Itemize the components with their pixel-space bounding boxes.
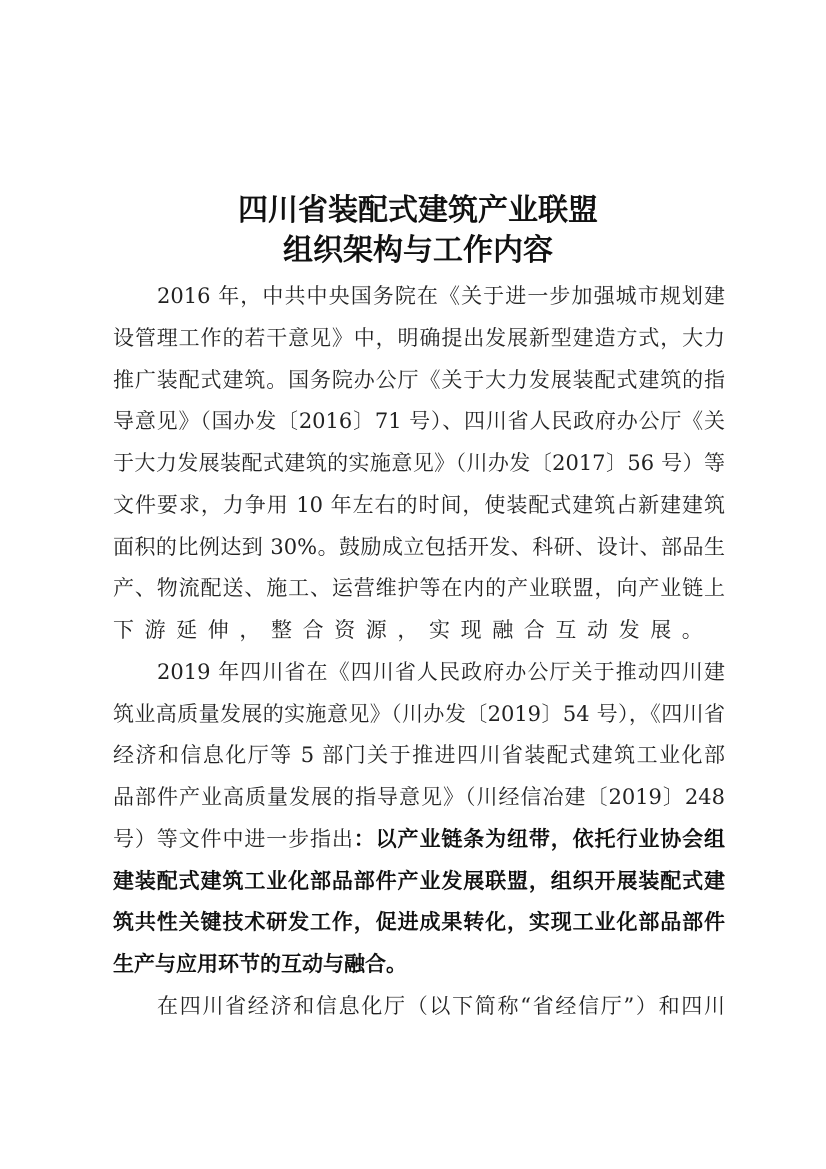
text-line: 筑业高质量发展的实施意见》（川办发〔2019〕54 号），《四川省 (113, 694, 725, 736)
text-line: 产、物流配送、施工、运营维护等在内的产业联盟，向产业链上 (113, 568, 725, 610)
text-line: 2019 年四川省在《四川省人民政府办公厅关于推动四川建 (113, 652, 725, 694)
text-line: 设管理工作的若干意见》中，明确提出发展新型建造方式，大力 (113, 318, 725, 360)
paragraph-3: 在四川省经济和信息化厅（以下简称“省经信厅”）和四川 (113, 986, 725, 1028)
mixed-text-line: 号）等文件中进一步指出：以产业链条为纽带，依托行业协会组 (113, 819, 725, 861)
text-line: 2016 年，中共中央国务院在《关于进一步加强城市规划建 (113, 276, 725, 318)
text-line: 经济和信息化厅等 5 部门关于推进四川省装配式建筑工业化部 (113, 735, 725, 777)
document-page: 四川省装配式建筑产业联盟 组织架构与工作内容 2016 年，中共中央国务院在《关… (0, 0, 826, 1169)
emphasis-text-line: 生产与应用环节的互动与融合。 (113, 944, 725, 986)
text-line: 在四川省经济和信息化厅（以下简称“省经信厅”）和四川 (113, 986, 725, 1028)
text-line: 于大力发展装配式建筑的实施意见》（川办发〔2017〕56 号）等 (113, 443, 725, 485)
paragraph-2: 2019 年四川省在《四川省人民政府办公厅关于推动四川建 筑业高质量发展的实施意… (113, 652, 725, 986)
text-line: 文件要求，力争用 10 年左右的时间，使装配式建筑占新建建筑 (113, 485, 725, 527)
text-line: 导意见》（国办发〔2016〕71 号）、四川省人民政府办公厅《关 (113, 401, 725, 443)
document-title-line-2: 组织架构与工作内容 (0, 231, 826, 271)
emphasis-text-line: 建装配式建筑工业化部品部件产业发展联盟，组织开展装配式建 (113, 861, 725, 903)
text-line: 推广装配式建筑。国务院办公厅《关于大力发展装配式建筑的指 (113, 360, 725, 402)
text-line: 下游延伸，整合资源，实现融合互动发展。 (113, 610, 725, 652)
emphasis-text-line: 筑共性关键技术研发工作，促进成果转化，实现工业化部品部件 (113, 902, 725, 944)
text-line: 品部件产业高质量发展的指导意见》（川经信冶建〔2019〕248 (113, 777, 725, 819)
regular-text-span: 号）等文件中进一步指出 (113, 827, 354, 851)
document-title-line-1: 四川省装配式建筑产业联盟 (0, 191, 826, 231)
emphasis-text-span: ：以产业链条为纽带，依托行业协会组 (354, 827, 725, 851)
text-line: 面积的比例达到 30%。鼓励成立包括开发、科研、设计、部品生 (113, 527, 725, 569)
document-body: 2016 年，中共中央国务院在《关于进一步加强城市规划建 设管理工作的若干意见》… (113, 276, 725, 1028)
paragraph-1: 2016 年，中共中央国务院在《关于进一步加强城市规划建 设管理工作的若干意见》… (113, 276, 725, 652)
text-span: 下游延伸，整合资源，实现融合互动发展。 (113, 618, 713, 642)
